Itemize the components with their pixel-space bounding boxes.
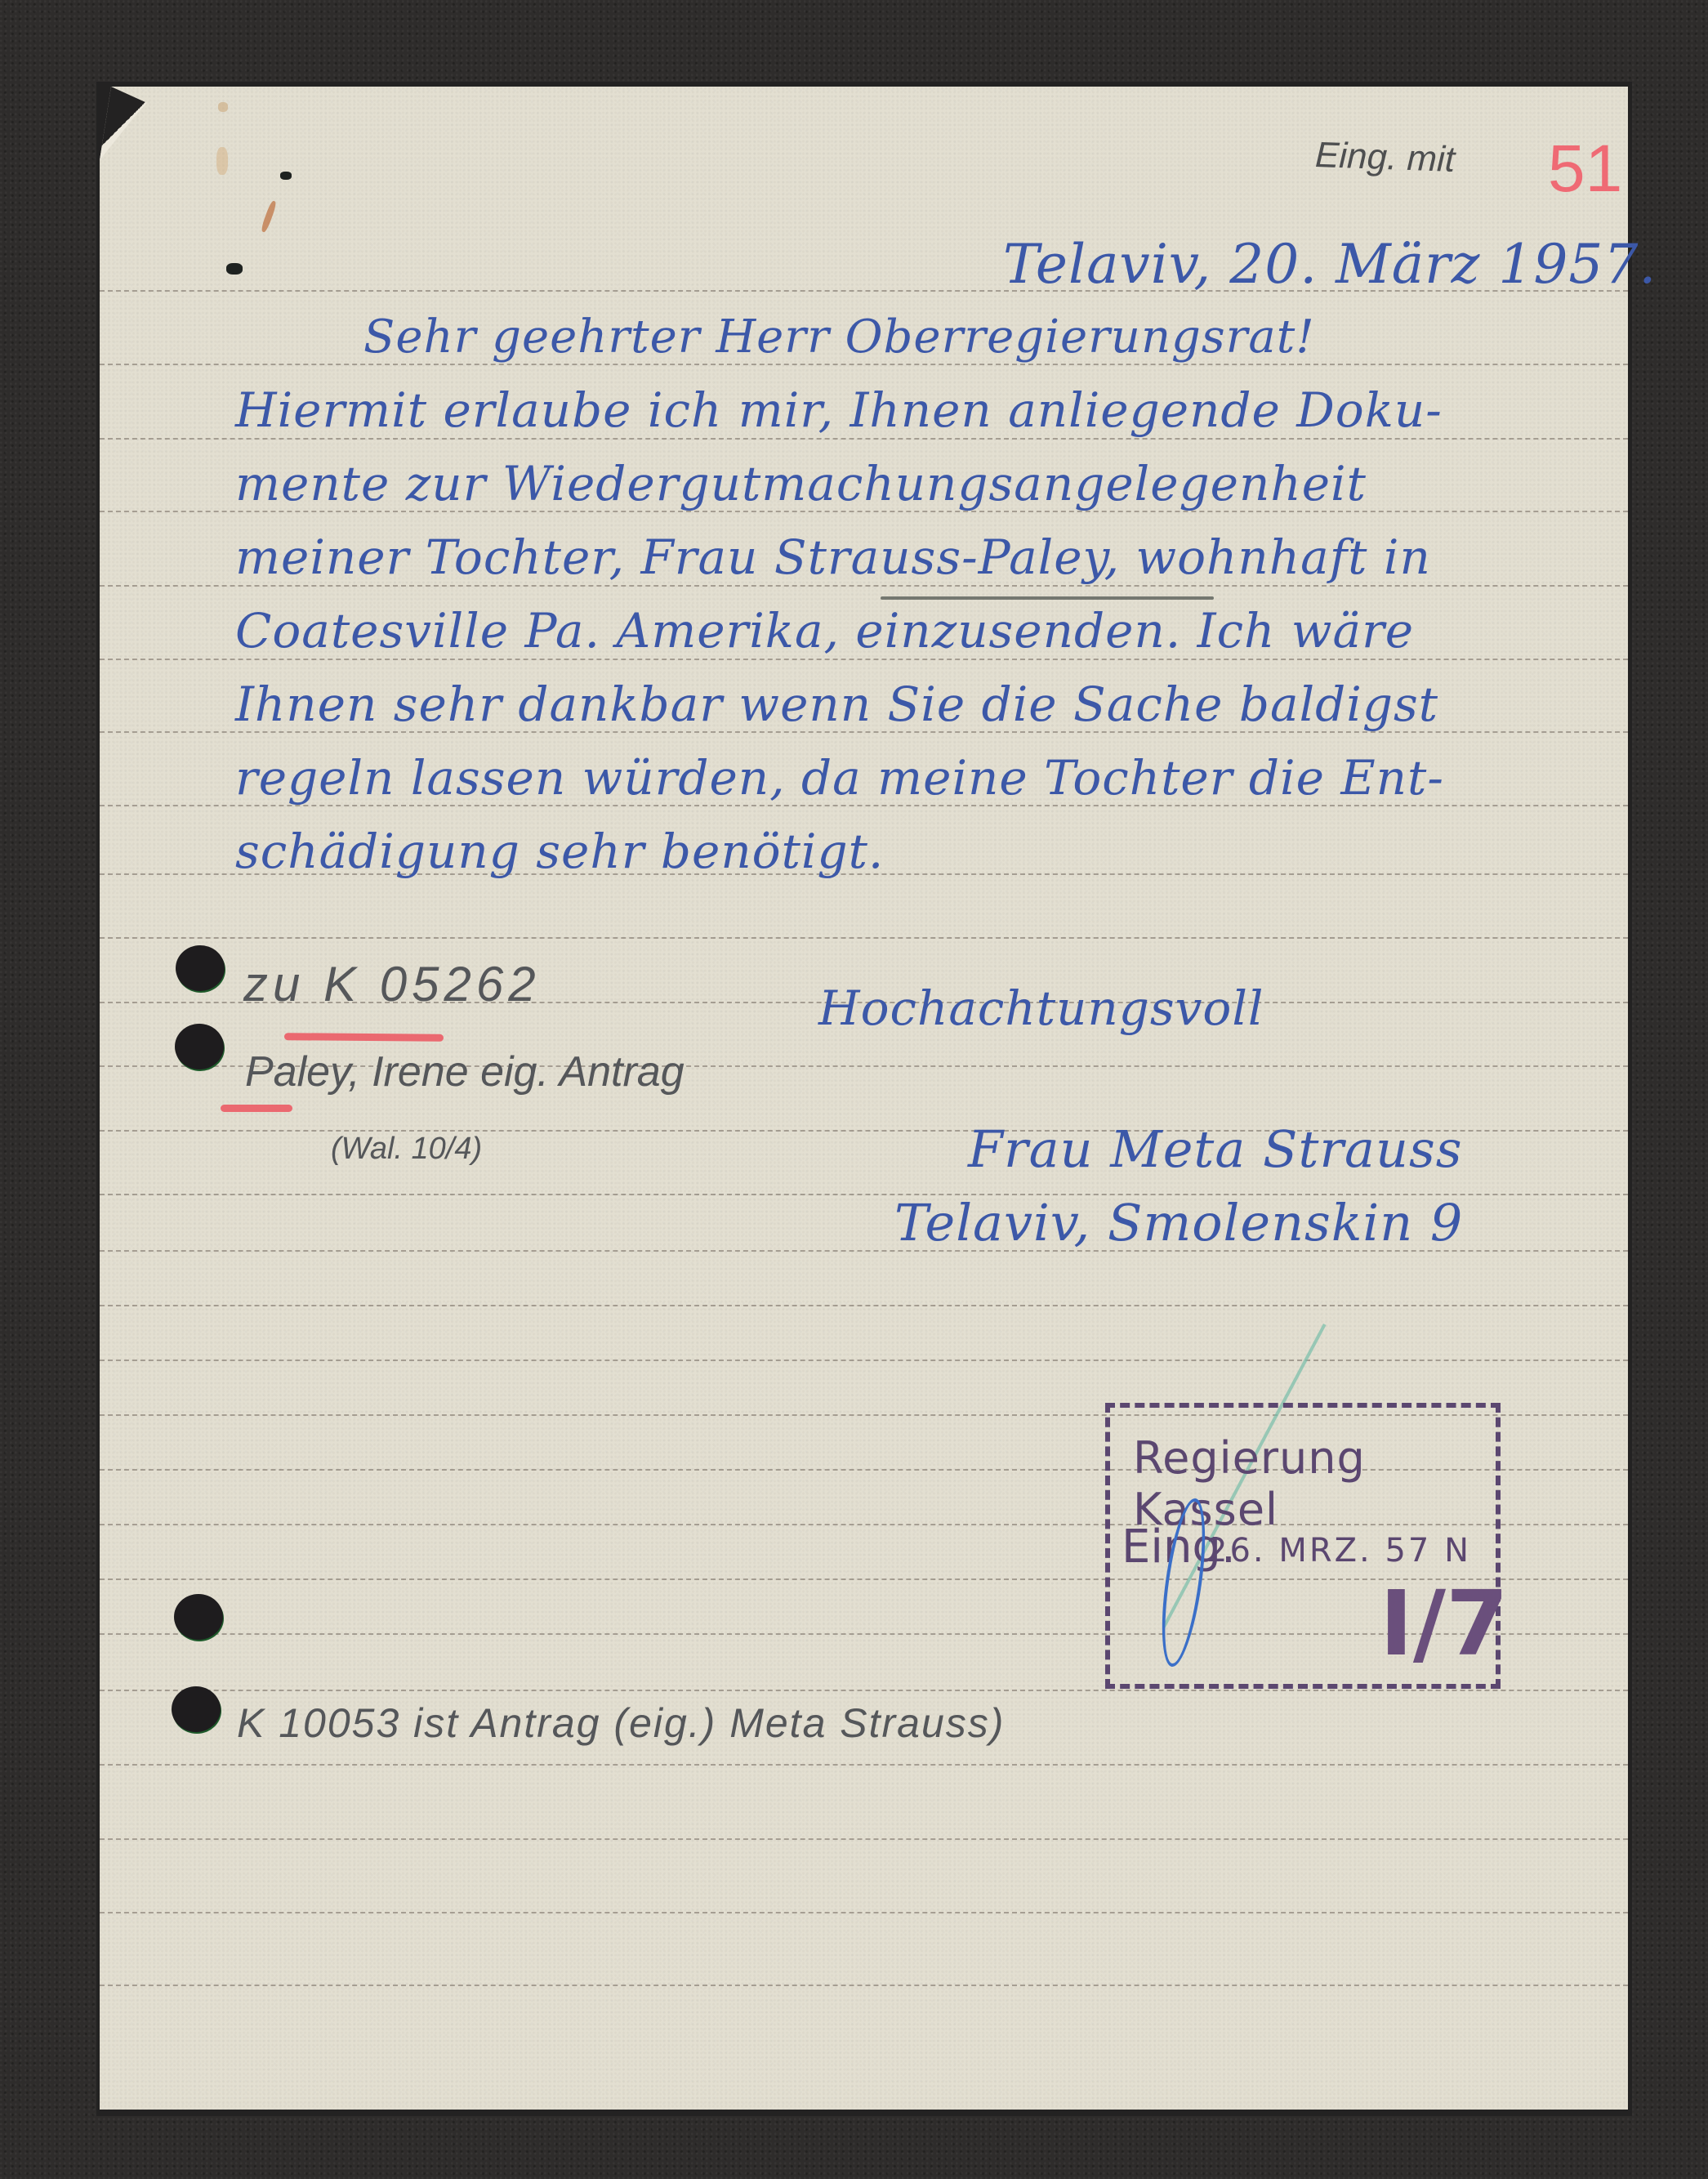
body-line: regeln lassen würden, da meine Tochter d…: [235, 750, 1444, 806]
signature-address: Telaviv, Smolenskin 9: [894, 1193, 1463, 1252]
stain: [226, 263, 243, 275]
stain: [280, 172, 292, 180]
receipt-stamp: Regierung Kassel Eing. 26. MRZ. 57 N I/7: [1105, 1403, 1501, 1689]
stain: [218, 102, 228, 112]
body-line: Coatesville Pa. Amerika, einzusenden. Ic…: [235, 603, 1414, 659]
stamp-section: I/7: [1380, 1571, 1509, 1676]
red-underline: [221, 1105, 292, 1112]
stain: [216, 147, 228, 175]
folio-number: 51: [1548, 131, 1622, 208]
punch-hole: [175, 1024, 224, 1069]
punch-hole: [174, 1594, 223, 1640]
red-underline: [284, 1033, 444, 1042]
bottom-reference: K 10053 ist Antrag (eig.) Meta Strauss): [237, 1699, 1005, 1747]
punch-hole: [172, 1686, 221, 1732]
body-line: Hiermit erlaube ich mir, Ihnen anliegend…: [235, 382, 1443, 438]
salutation: Sehr geehrter Herr Oberregierungsrat!: [363, 310, 1315, 364]
body-line: Ihnen sehr dankbar wenn Sie die Sache ba…: [235, 676, 1438, 732]
closing: Hochachtungsvoll: [818, 980, 1264, 1036]
signature-name: Frau Meta Strauss: [968, 1119, 1463, 1179]
archive-note: Eing. mit: [1314, 135, 1456, 181]
annotation-note: (Wal. 10/4): [331, 1132, 482, 1167]
body-line: mente zur Wiedergutmachungsangelegenheit: [235, 456, 1367, 511]
name-underline: [881, 596, 1214, 600]
place-date: Telaviv, 20. März 1957.: [1003, 233, 1657, 296]
body-line: meiner Tochter, Frau Strauss-Paley, wohn…: [235, 529, 1431, 585]
file-reference: zu K 05262: [243, 956, 541, 1012]
punch-hole: [176, 945, 225, 991]
applicant-name: Paley, Irene eig. Antrag: [245, 1047, 685, 1096]
stamp-date: 26. MRZ. 57 N: [1206, 1532, 1471, 1570]
body-line: schädigung sehr benötigt.: [235, 824, 884, 879]
